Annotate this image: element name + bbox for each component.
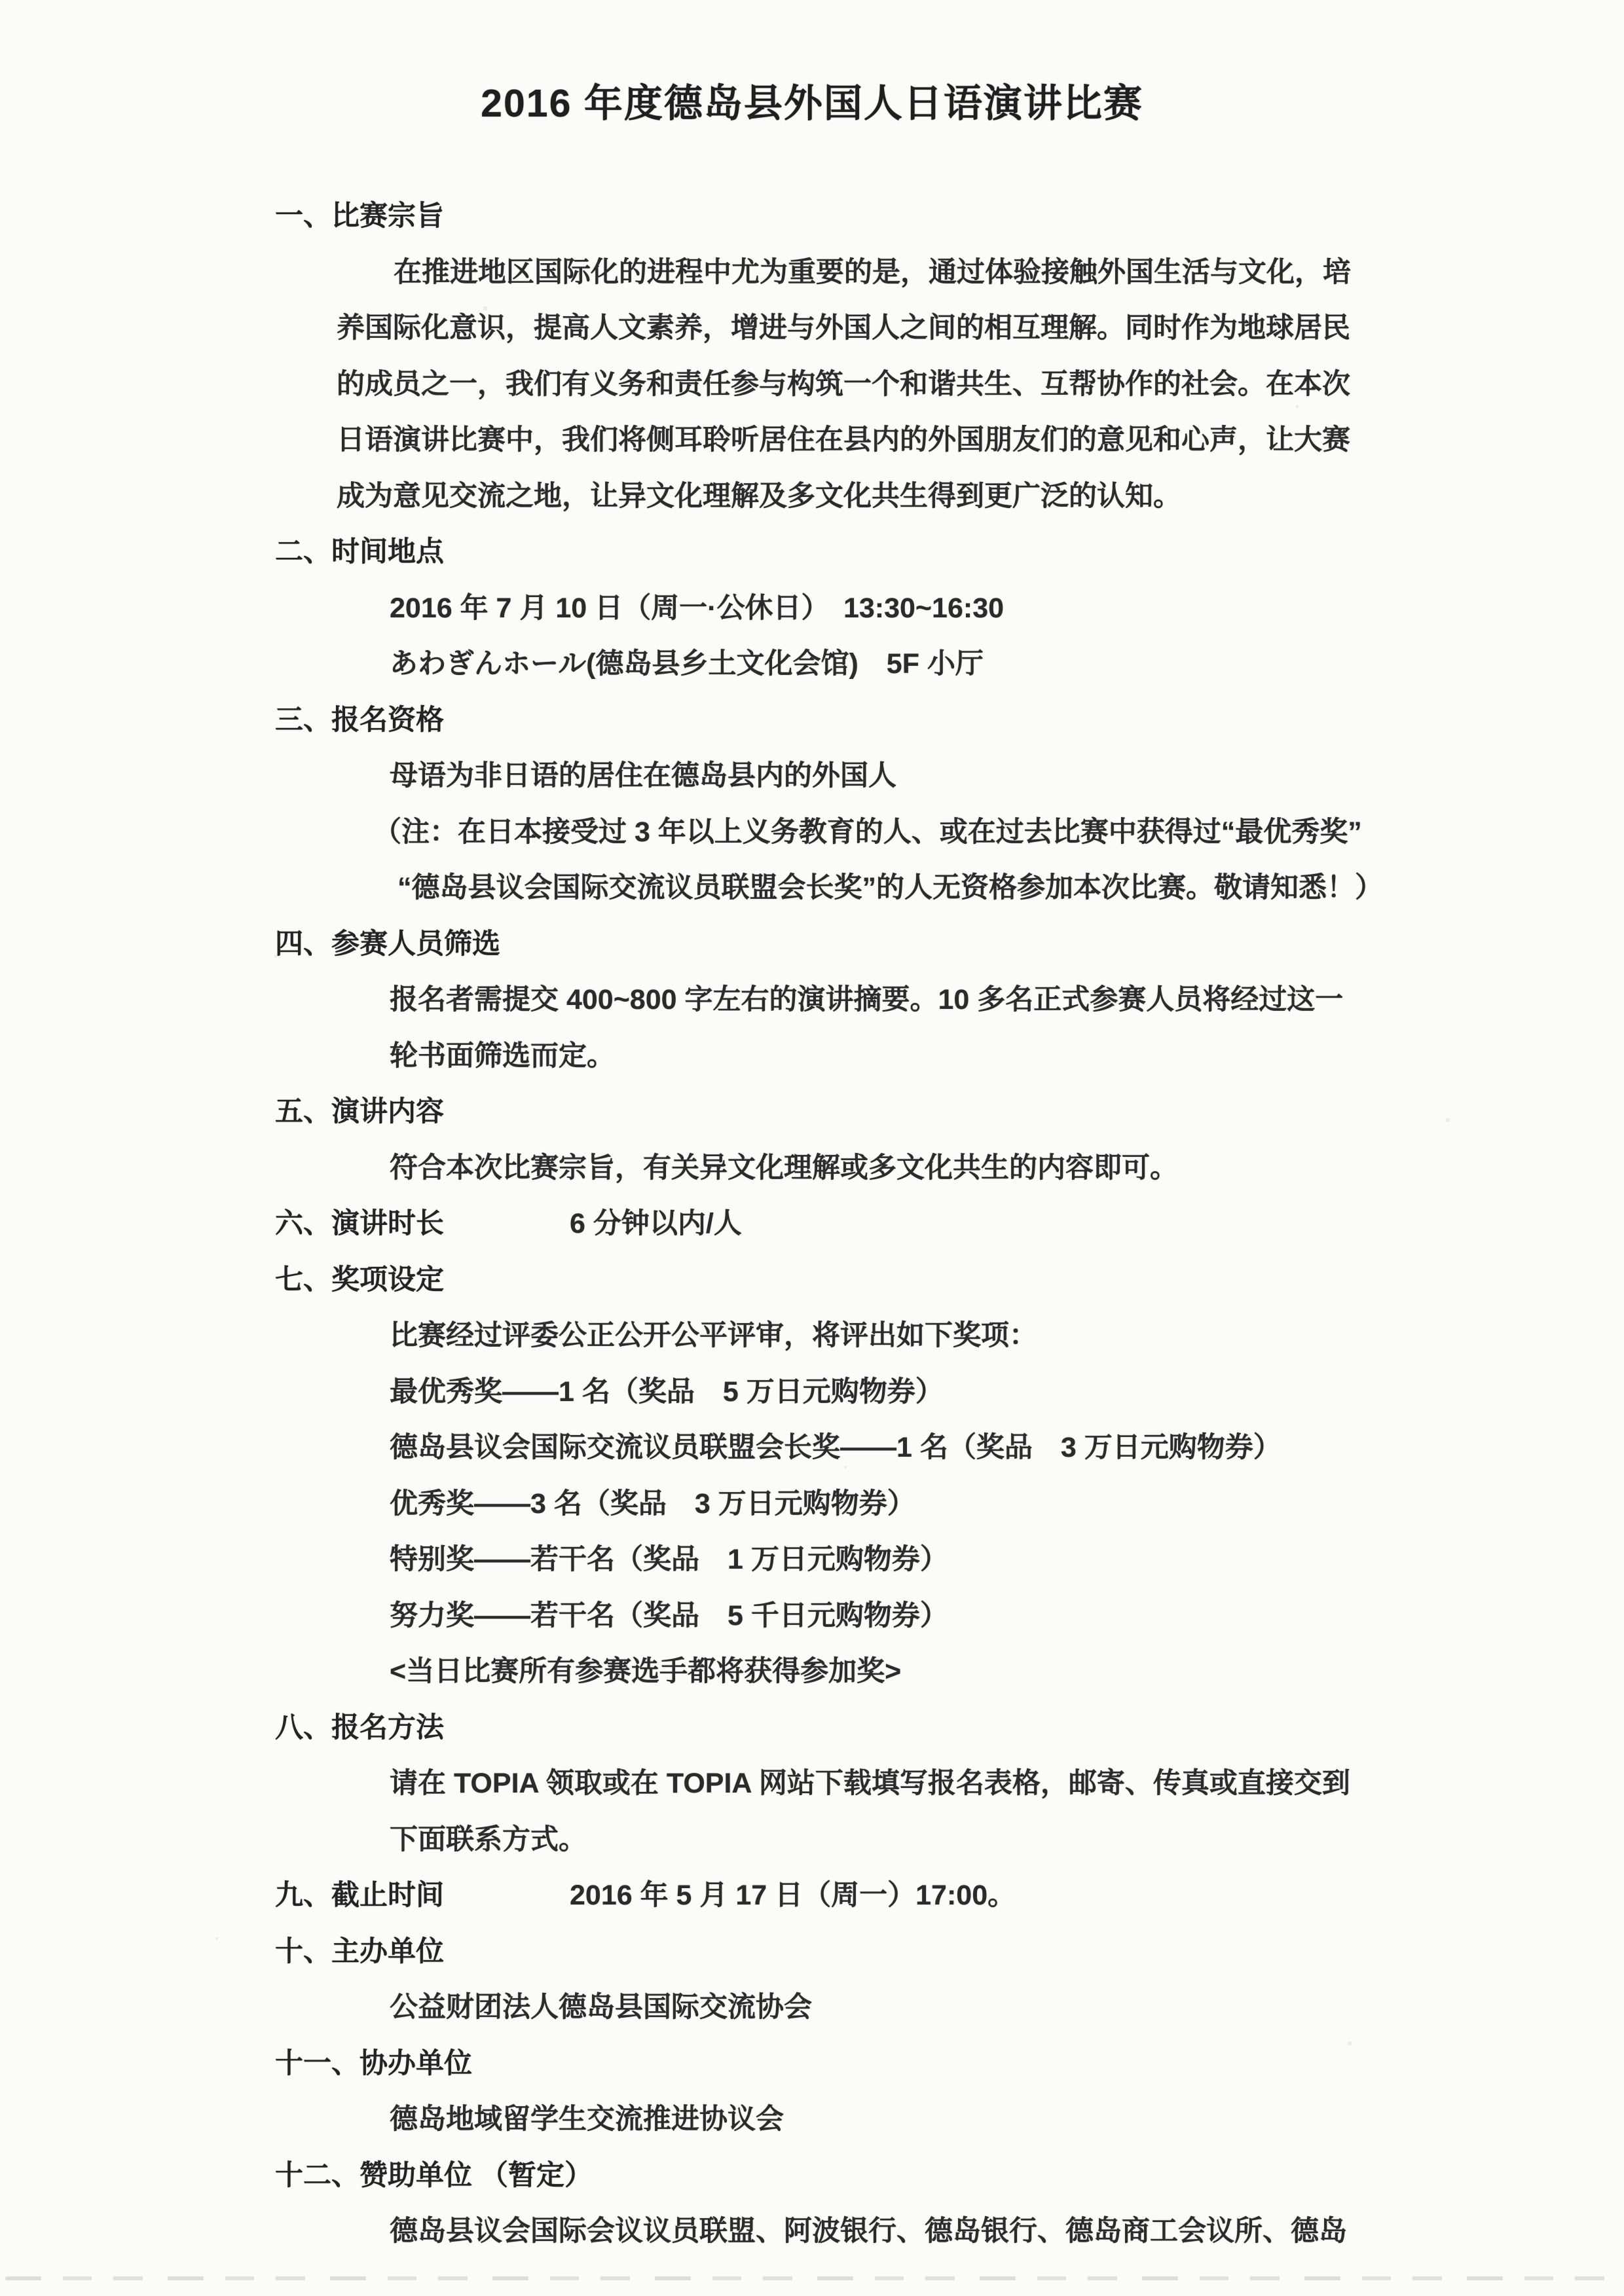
doc-text-line: 比赛经过评委公正公开公平评审，将评出如下奖项： xyxy=(0,1308,1624,1364)
section-heading-line: 二、时间地点 xyxy=(0,524,1624,581)
section-heading-line: 十、主办单位 xyxy=(0,1924,1624,1980)
doc-text-line: 2016 年 7 月 10 日（周一·公休日） 13:30~16:30 xyxy=(0,581,1624,637)
doc-text-line: 最优秀奖——1 名（奖品 5 万日元购物券） xyxy=(0,1364,1624,1421)
doc-text-line: 请在 TOPIA 领取或在 TOPIA 网站下载填写报名表格，邮寄、传真或直接交… xyxy=(0,1756,1624,1812)
doc-text-line: （注：在日本接受过 3 年以上义务教育的人、或在过去比赛中获得过“最优秀奖” xyxy=(0,805,1624,861)
section-heading-line: 六、演讲时长6 分钟以内/人 xyxy=(0,1196,1624,1252)
scan-noise-specks xyxy=(0,0,1,1)
doc-text-line: 努力奖——若干名（奖品 5 千日元购物券） xyxy=(0,1588,1624,1645)
document-title: 2016 年度德岛县外国人日语演讲比赛 xyxy=(0,72,1624,128)
doc-text-line: 德岛县议会国际会议议员联盟、阿波银行、德岛银行、德岛商工会议所、德岛 xyxy=(0,2204,1624,2260)
doc-text-line: 下面联系方式。 xyxy=(0,1812,1624,1868)
section-heading-line: 十一、协办单位 xyxy=(0,2036,1624,2092)
doc-text-line: 德岛地域留学生交流推进协议会 xyxy=(0,2092,1624,2148)
doc-text-line: <当日比赛所有参赛选手都将获得参加奖> xyxy=(0,1644,1624,1700)
section-heading-line: 一、比赛宗旨 xyxy=(0,189,1624,245)
section-heading-line: 九、截止时间2016 年 5 月 17 日（周一）17:00。 xyxy=(0,1868,1624,1924)
doc-text-line: あわぎんホール(德岛县乡土文化会馆) 5F 小厅 xyxy=(0,636,1624,693)
section-heading-line: 五、演讲内容 xyxy=(0,1084,1624,1140)
document-rows: 一、比赛宗旨在推进地区国际化的进程中尤为重要的是，通过体验接触外国生活与文化，培… xyxy=(0,189,1624,2260)
doc-text-line: 公益财团法人德岛县国际交流协会 xyxy=(0,1980,1624,2036)
doc-text-line: 母语为非日语的居住在德岛县内的外国人 xyxy=(0,748,1624,805)
doc-text-line: 报名者需提交 400~800 字左右的演讲摘要。10 多名正式参赛人员将经过这一 xyxy=(0,972,1624,1029)
section-heading-line: 十二、赞助单位 （暂定） xyxy=(0,2148,1624,2204)
section-heading-line: 七、奖项设定 xyxy=(0,1252,1624,1309)
doc-text-line: 的成员之一，我们有义务和责任参与构筑一个和谐共生、互帮协作的社会。在本次 xyxy=(0,357,1624,413)
section-heading-line: 三、报名资格 xyxy=(0,693,1624,749)
scan-edge-artifact xyxy=(5,2276,1616,2280)
doc-text-line: 德岛县议会国际交流议员联盟会长奖——1 名（奖品 3 万日元购物券） xyxy=(0,1420,1624,1476)
doc-text-line: 特别奖——若干名（奖品 1 万日元购物券） xyxy=(0,1532,1624,1588)
doc-text-line: 轮书面筛选而定。 xyxy=(0,1029,1624,1085)
section-heading-label: 九、截止时间 xyxy=(275,1880,444,1911)
section-heading-value: 6 分钟以内/人 xyxy=(570,1196,742,1252)
section-heading-line: 八、报名方法 xyxy=(0,1700,1624,1757)
section-heading-value: 2016 年 5 月 17 日（周一）17:00。 xyxy=(570,1868,1016,1924)
doc-text-line: 优秀奖——3 名（奖品 3 万日元购物券） xyxy=(0,1476,1624,1533)
scanned-document-page: 2016 年度德岛县外国人日语演讲比赛 一、比赛宗旨在推进地区国际化的进程中尤为… xyxy=(0,0,1624,2296)
doc-text-line: 成为意见交流之地，让异文化理解及多文化共生得到更广泛的认知。 xyxy=(0,469,1624,525)
doc-text-line: “德岛县议会国际交流议员联盟会长奖”的人无资格参加本次比赛。敬请知悉！） xyxy=(0,860,1624,917)
doc-text-line: 符合本次比赛宗旨，有关异文化理解或多文化共生的内容即可。 xyxy=(0,1140,1624,1197)
doc-text-line: 日语演讲比赛中，我们将侧耳聆听居住在县内的外国朋友们的意见和心声，让大赛 xyxy=(0,412,1624,469)
doc-text-line: 在推进地区国际化的进程中尤为重要的是，通过体验接触外国生活与文化，培 xyxy=(0,245,1624,301)
doc-text-line: 养国际化意识，提高人文素养，增进与外国人之间的相互理解。同时作为地球居民 xyxy=(0,301,1624,357)
section-heading-label: 六、演讲时长 xyxy=(275,1208,444,1239)
section-heading-line: 四、参赛人员筛选 xyxy=(0,917,1624,973)
